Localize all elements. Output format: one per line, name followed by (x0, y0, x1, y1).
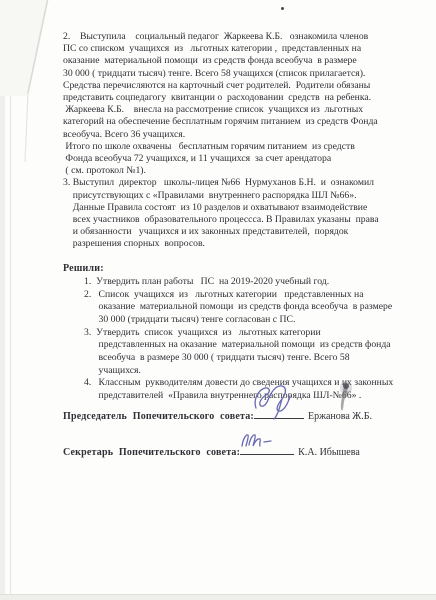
text-line: 30 000 ( тридцати тысяч) тенге. Всего 58… (63, 68, 431, 80)
text-line: представить соцпедагогу квитанции о расх… (63, 92, 431, 104)
text-line: ПС со списком учащихся из льготных катег… (63, 43, 431, 55)
text-line: категорий на обеспечение бесплатным горя… (63, 116, 431, 128)
text-line: представленных на оказание материальной … (84, 339, 431, 352)
text-line: ( см. протокол №1). (63, 165, 431, 177)
text-line: и обязанности учащихся и их законных пре… (63, 226, 431, 238)
text-line: всеобуча. Всего 36 учащихся. (63, 129, 431, 141)
text-line: всех участников образовательного процесс… (63, 214, 431, 226)
scan-speck (281, 7, 284, 10)
text-line: 2. Список учащихся из льготных категории… (84, 289, 431, 302)
secretary-label: Секретарь Попечительского совета: (63, 447, 240, 458)
text-line: 30 000 (тридцати тысяч) тенге согласован… (84, 314, 431, 327)
chairman-label: Председатель Попечительского совета: (63, 411, 254, 422)
text-line: Данные Правила состоят из 10 разделов и … (63, 202, 431, 214)
text-line: Итого по школе охвачены бесплатным горяч… (63, 141, 431, 153)
text-line: присутствующих с «Правилами внутреннего … (63, 190, 431, 202)
chairman-name: Ержанова Ж.Б. (304, 411, 372, 422)
text-line: учащихся. (84, 365, 431, 378)
secretary-signature-line (240, 444, 294, 455)
decided-heading: Решили: (63, 263, 431, 275)
text-line: всеобуча в размере 30 000 ( тридцати тыс… (84, 352, 431, 365)
document-body: 2. Выступила социальный педагог Жаркеева… (63, 31, 431, 403)
scanned-document-page: 2. Выступила социальный педагог Жаркеева… (0, 0, 436, 600)
secretary-signature-row: Секретарь Попечительского совета: К.А. И… (63, 444, 360, 458)
secretary-signature-ink (238, 431, 274, 453)
text-line: 2. Выступила социальный педагог Жаркеева… (63, 31, 431, 43)
secretary-name: К.А. Ибышева (294, 447, 360, 458)
scan-left-edge (0, 0, 5, 600)
minutes-item-2: 2. Выступила социальный педагог Жаркеева… (63, 31, 431, 177)
minutes-item-3: 3. Выступил директор школы-лицея №66 Нур… (63, 177, 431, 250)
scan-bottom-edge (0, 594, 436, 600)
text-line: разрешения спорных вопросов. (63, 238, 431, 250)
chairman-signature-row: Председатель Попечительского совета: Ерж… (63, 408, 372, 422)
text-line: оказание материальной помощи из средств … (63, 55, 431, 67)
text-line: Средства перечисляются на карточный счет… (63, 80, 431, 92)
chairman-signature-line (254, 408, 304, 419)
text-line: Фонда всеобуча 72 учащихся, и 11 учащихс… (63, 153, 431, 165)
text-line: Жаркеева К.Б. внесла на рассмотрение спи… (63, 104, 431, 116)
chairman-signature-ink (250, 382, 298, 422)
text-line: 3. Утвердить список учащихся из льготных… (84, 327, 431, 340)
text-line: 3. Выступил директор школы-лицея №66 Нур… (63, 177, 431, 189)
text-line: оказание материальной помощи из средств … (84, 301, 431, 314)
text-line: 1. Утвердить план работы ПС на 2019-2020… (84, 276, 431, 289)
